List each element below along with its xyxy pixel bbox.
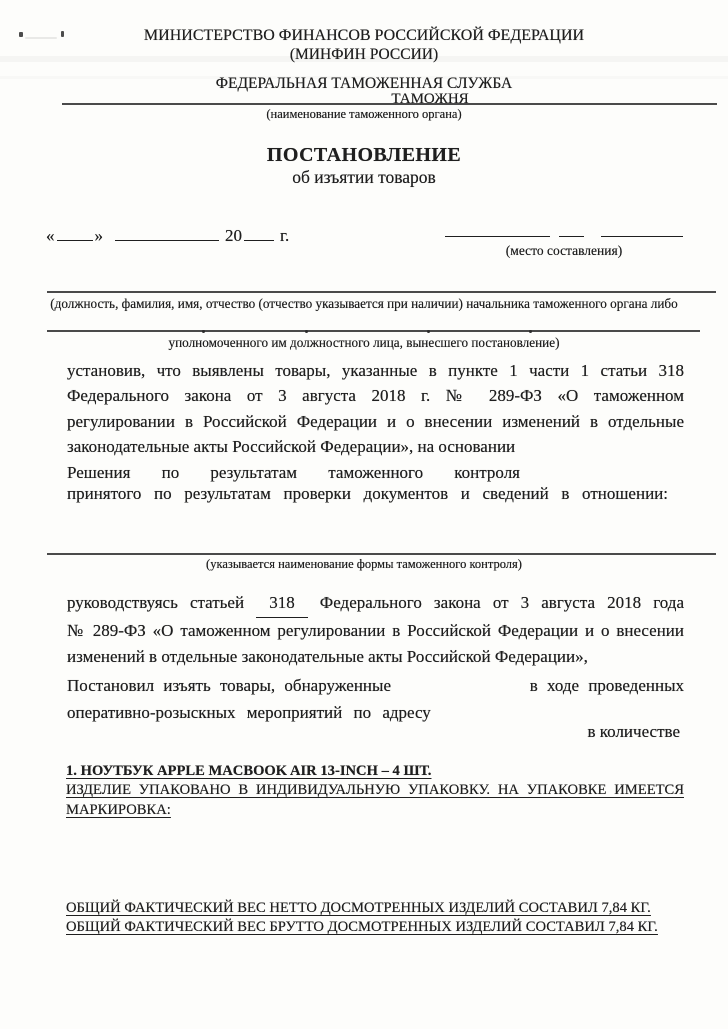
form-rule bbox=[47, 553, 716, 555]
scan-speck bbox=[202, 330, 205, 333]
open-quote: « bbox=[46, 226, 55, 245]
date-day-blank bbox=[57, 222, 93, 241]
resolution-line-1-right: в ходе проведенных bbox=[530, 672, 684, 699]
established-line-2: Федерального закона от 3 августа 2018 г.… bbox=[67, 383, 684, 408]
guided-line-1: руководствуясь статьей 318 Федерального … bbox=[67, 590, 684, 618]
ministry-short-name-line: (МИНФИН РОССИИ) bbox=[0, 46, 728, 64]
established-line-4: законодательные акты Российской Федераци… bbox=[67, 434, 684, 459]
guided-line-2: № 289-ФЗ «О таможенном регулировании в Р… bbox=[67, 618, 684, 645]
guided-line-1-rest: Федерального закона от 3 августа 2018 го… bbox=[320, 593, 684, 612]
resolution-line-1: Постановил изъять товары, обнаруженные в… bbox=[67, 672, 684, 699]
form-caption: (указывается наименование формы таможенн… bbox=[0, 557, 728, 572]
established-line-3: регулировании в Российской Федерации и о… bbox=[67, 409, 684, 434]
official-rule-1 bbox=[47, 291, 716, 293]
close-quote: » bbox=[95, 226, 104, 245]
item-1-title: 1. НОУТБУК APPLE MACBOOK AIR 13-INCH – 4… bbox=[66, 762, 684, 781]
scan-speck bbox=[427, 330, 430, 333]
document-title: ПОСТАНОВЛЕНИЕ bbox=[0, 144, 728, 167]
gross-weight-line: ОБЩИЙ ФАКТИЧЕСКИЙ ВЕС БРУТТО ДОСМОТРЕННЫ… bbox=[66, 918, 684, 937]
scan-speck bbox=[305, 330, 308, 333]
resolution-line-1-left: Постановил изъять товары, обнаруженные bbox=[67, 672, 391, 699]
document-subtitle: об изъятии товаров bbox=[0, 167, 728, 188]
customs-office-line: ТАМОЖНЯ bbox=[66, 91, 728, 108]
date-month-blank bbox=[115, 222, 219, 241]
date-year-blank bbox=[244, 222, 274, 241]
established-paragraph: установив, что выявлены товары, указанны… bbox=[67, 358, 684, 485]
article-number: 318 bbox=[256, 590, 308, 618]
place-blank-segment bbox=[601, 236, 683, 237]
item-1-packaging-line: ИЗДЕЛИЕ УПАКОВАНО В ИНДИВИДУАЛЬНУЮ УПАКО… bbox=[66, 782, 684, 798]
place-caption: (место составления) bbox=[445, 243, 683, 259]
seized-items-block: 1. НОУТБУК APPLE MACBOOK AIR 13-INCH – 4… bbox=[66, 762, 684, 820]
official-caption-line-2: уполномоченного им должностного лица, вы… bbox=[0, 335, 728, 351]
scan-speck bbox=[529, 330, 532, 333]
official-caption-line-1: (должность, фамилия, имя, отчество (отче… bbox=[0, 296, 728, 312]
ministry-name-line: МИНИСТЕРСТВО ФИНАНСОВ РОССИЙСКОЙ ФЕДЕРАЦ… bbox=[0, 27, 728, 45]
net-weight-line: ОБЩИЙ ФАКТИЧЕСКИЙ ВЕС НЕТТО ДОСМОТРЕННЫХ… bbox=[66, 899, 684, 918]
place-blank-segment bbox=[559, 236, 584, 237]
resolution-paragraph: Постановил изъять товары, обнаруженные в… bbox=[67, 672, 684, 726]
place-blank-segment bbox=[445, 236, 550, 237]
weights-block: ОБЩИЙ ФАКТИЧЕСКИЙ ВЕС НЕТТО ДОСМОТРЕННЫХ… bbox=[66, 899, 684, 938]
date-year-suffix: г. bbox=[280, 226, 289, 245]
official-rule-2 bbox=[47, 330, 700, 332]
date-century: 20 bbox=[225, 226, 242, 245]
guided-line-3: изменений в отдельные законодательные ак… bbox=[67, 644, 684, 671]
established-line-1: установив, что выявлены товары, указанны… bbox=[67, 358, 684, 383]
quantity-label: в количестве bbox=[588, 722, 681, 742]
guided-prefix: руководствуясь статьей bbox=[67, 593, 244, 612]
org-name-caption: (наименование таможенного органа) bbox=[0, 107, 728, 122]
place-block: (место составления) bbox=[445, 236, 683, 259]
item-1-marking-line: МАРКИРОВКА: bbox=[66, 801, 684, 820]
guided-paragraph: руководствуясь статьей 318 Федерального … bbox=[67, 590, 684, 671]
date-line: «»20г. bbox=[46, 222, 289, 246]
place-blank-lines bbox=[445, 236, 683, 240]
org-name-rule bbox=[62, 103, 717, 105]
accepted-line: принятого по результатам проверки докуме… bbox=[67, 481, 668, 506]
scanned-document-page: МИНИСТЕРСТВО ФИНАНСОВ РОССИЙСКОЙ ФЕДЕРАЦ… bbox=[0, 0, 728, 1029]
